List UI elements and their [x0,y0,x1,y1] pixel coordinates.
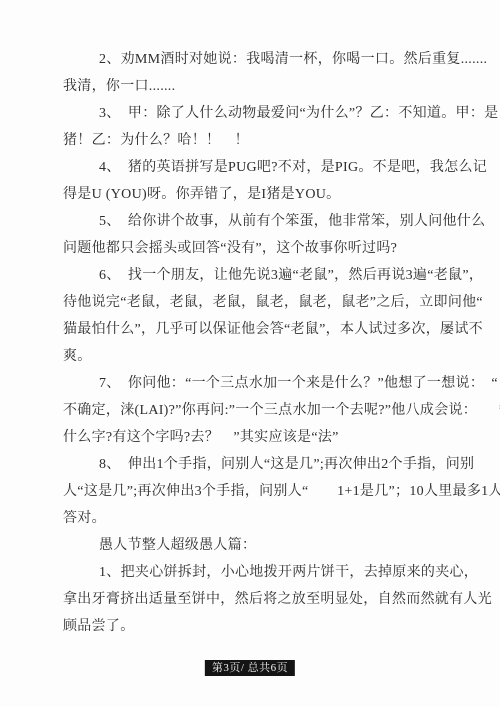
text-line: 猫最怕什么”，几乎可以保证他会答“老鼠”，本人试过多次，屡试不 [63,316,443,343]
text-line: 待他说完“老鼠，老鼠，老鼠，鼠老，鼠老，鼠老”之后，立即问他“ [63,289,443,316]
document-body: 2、劝MM酒时对她说：我喝清一杯，你喝一口。然后重复....... 我清，你一口… [63,46,443,640]
text-line: 8、 伸出1个手指，问别人“这是几”;再次伸出2个手指，问别 [63,451,443,478]
text-line: 顾品尝了。 [63,613,443,640]
text-line: 人“这是几”;再次伸出3个手指，问别人“ 1+1是几”；10人里最多1人 [63,478,443,505]
text-line: 3、 甲：除了人什么动物最爱问“为什么”？乙：不知道。甲：是 [63,100,443,127]
text-line: 得是U (YOU)呀。你弄错了，是I猪是YOU。 [63,181,443,208]
text-line: 7、 你问他：“一个三点水加一个来是什么？”他想了一想说： “ [63,370,443,397]
text-line: 6、 找一个朋友，让他先说3遍“老鼠”，然后再说3遍“老鼠”， [63,262,443,289]
text-line: 拿出牙膏挤出适量至饼中，然后将之放至明显处，自然而然就有人光 [63,586,443,613]
text-line: 答对。 [63,505,443,532]
text-line: 猪！乙：为什么？哈！！ ！ [63,127,443,154]
page-indicator-badge: 第3页/ 总共6页 [205,660,295,676]
text-line: 4、 猪的英语拼写是PUG吧?不对，是PIG。不是吧，我怎么记 [63,154,443,181]
document-page: 2、劝MM酒时对她说：我喝清一杯，你喝一口。然后重复....... 我清，你一口… [0,0,500,707]
text-line: 1、把夹心饼拆封，小心地拨开两片饼干，去掉原来的夹心， [63,559,443,586]
text-line: 我清，你一口....... [63,73,443,100]
text-line: 不确定，涞(LAI)?”你再问:”一个三点水加一个去呢?”他八成会说： ” [63,397,443,424]
text-line: 5、 给你讲个故事，从前有个笨蛋，他非常笨，别人问他什么 [63,208,443,235]
text-line: 愚人节整人超级愚人篇： [63,532,443,559]
text-line: 什么字?有这个字吗?去？ ”其实应该是“法” [63,424,443,451]
text-line: 2、劝MM酒时对她说：我喝清一杯，你喝一口。然后重复....... [63,46,443,73]
text-line: 问题他都只会摇头或回答“没有”，这个故事你听过吗? [63,235,443,262]
text-line: 爽。 [63,343,443,370]
